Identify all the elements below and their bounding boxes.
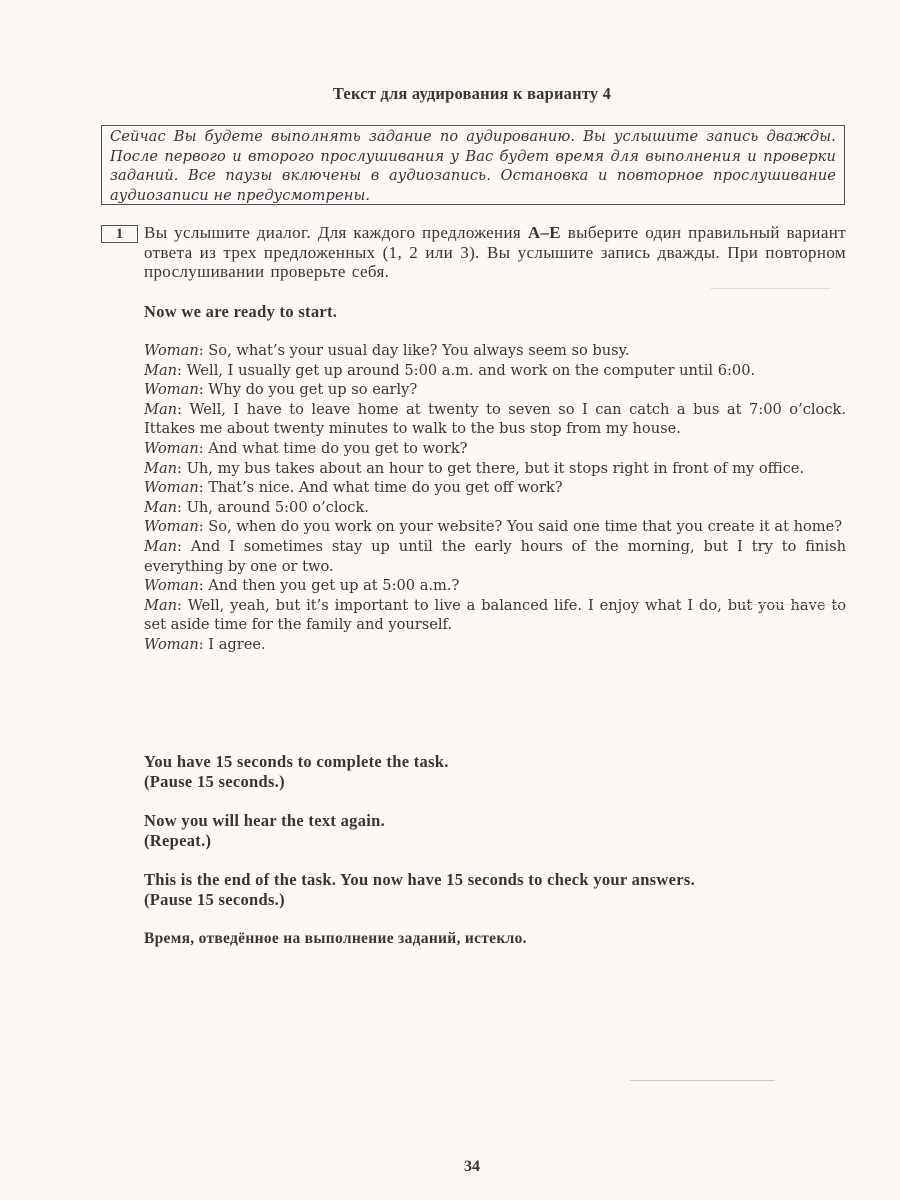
speaker-label: Woman: [144, 479, 199, 496]
repeat-line: (Repeat.): [144, 831, 846, 851]
closing-block-repeat: Now you will hear the text again. (Repea…: [144, 811, 846, 850]
dialogue-line: Woman: And then you get up at 5:00 a.m.?: [144, 576, 846, 596]
task-instruction-part-1: Вы услышите диалог. Для каждого предложе…: [144, 223, 528, 242]
utterance-text: And what time do you get to work?: [204, 440, 468, 457]
closing-block-complete: You have 15 seconds to complete the task…: [144, 752, 846, 791]
utterance-text: Uh, my bus takes about an hour to get th…: [182, 460, 804, 477]
speaker-label: Woman: [144, 342, 199, 359]
dialogue-line: Woman: So, what’s your usual day like? Y…: [144, 341, 846, 361]
closing-block-end: This is the end of the task. You now hav…: [144, 870, 846, 909]
task-instruction: Вы услышите диалог. Для каждого предложе…: [144, 223, 846, 282]
dialogue-transcript: Woman: So, what’s your usual day like? Y…: [144, 341, 846, 655]
speaker-label: Woman: [144, 440, 199, 457]
pause-line-2: (Pause 15 seconds.): [144, 890, 846, 910]
dialogue-line: Man: Well, I usually get up around 5:00 …: [144, 361, 846, 381]
utterance-text: I agree.: [204, 636, 266, 653]
dialogue-line: Woman: That’s nice. And what time do you…: [144, 478, 846, 498]
utterance-text: And I sometimes stay up until the early …: [144, 538, 846, 575]
utterance-text: Well, I have to leave home at twenty to …: [144, 401, 846, 438]
instruction-box: Сейчас Вы будете выполнять задание по ау…: [101, 125, 845, 205]
speaker-label: Woman: [144, 636, 199, 653]
dialogue-line: Man: Well, I have to leave home at twent…: [144, 400, 846, 439]
utterance-text: Well, I usually get up around 5:00 a.m. …: [182, 362, 755, 379]
utterance-text: That’s nice. And what time do you get of…: [204, 479, 563, 496]
time-up-line: Время, отведённое на выполнение заданий,…: [144, 929, 846, 949]
pause-line-1: (Pause 15 seconds.): [144, 772, 846, 792]
end-of-task-line: This is the end of the task. You now hav…: [144, 870, 846, 890]
dialogue-line: Woman: I agree.: [144, 635, 846, 655]
speaker-label: Man: [144, 401, 177, 418]
decorative-line: [630, 1080, 775, 1081]
complete-task-line: You have 15 seconds to complete the task…: [144, 752, 846, 772]
speaker-label: Man: [144, 538, 177, 555]
page-number: 34: [0, 1158, 900, 1176]
intro-line: Now we are ready to start.: [144, 302, 846, 322]
dialogue-line: Man: Uh, my bus takes about an hour to g…: [144, 459, 846, 479]
dialogue-line: Woman: Why do you get up so early?: [144, 380, 846, 400]
hear-again-line: Now you will hear the text again.: [144, 811, 846, 831]
speaker-label: Man: [144, 460, 177, 477]
utterance-text: Why do you get up so early?: [204, 381, 418, 398]
task-instruction-range: A–E: [528, 223, 561, 242]
page-title: Текст для аудирования к варианту 4: [0, 84, 900, 104]
dialogue-line: Man: And I sometimes stay up until the e…: [144, 537, 846, 576]
scan-artifact-line: [710, 288, 830, 289]
dialogue-line: Woman: And what time do you get to work?: [144, 439, 846, 459]
speaker-label: Woman: [144, 518, 199, 535]
task-number-badge: 1: [101, 225, 138, 243]
speaker-label: Woman: [144, 381, 199, 398]
speaker-label: Woman: [144, 577, 199, 594]
dialogue-line: Woman: So, when do you work on your webs…: [144, 517, 846, 537]
dialogue-line: Man: Uh, around 5:00 o’clock.: [144, 498, 846, 518]
dialogue-line: Man: Well, yeah, but it’s important to l…: [144, 596, 846, 635]
speaker-label: Man: [144, 362, 177, 379]
speaker-label: Man: [144, 597, 177, 614]
speaker-label: Man: [144, 499, 177, 516]
utterance-text: So, when do you work on your website? Yo…: [204, 518, 842, 535]
utterance-text: So, what’s your usual day like? You alwa…: [204, 342, 630, 359]
scan-artifact-line: [740, 604, 840, 605]
utterance-text: Well, yeah, but it’s important to live a…: [144, 597, 846, 634]
utterance-text: And then you get up at 5:00 a.m.?: [204, 577, 460, 594]
utterance-text: Uh, around 5:00 o’clock.: [182, 499, 369, 516]
